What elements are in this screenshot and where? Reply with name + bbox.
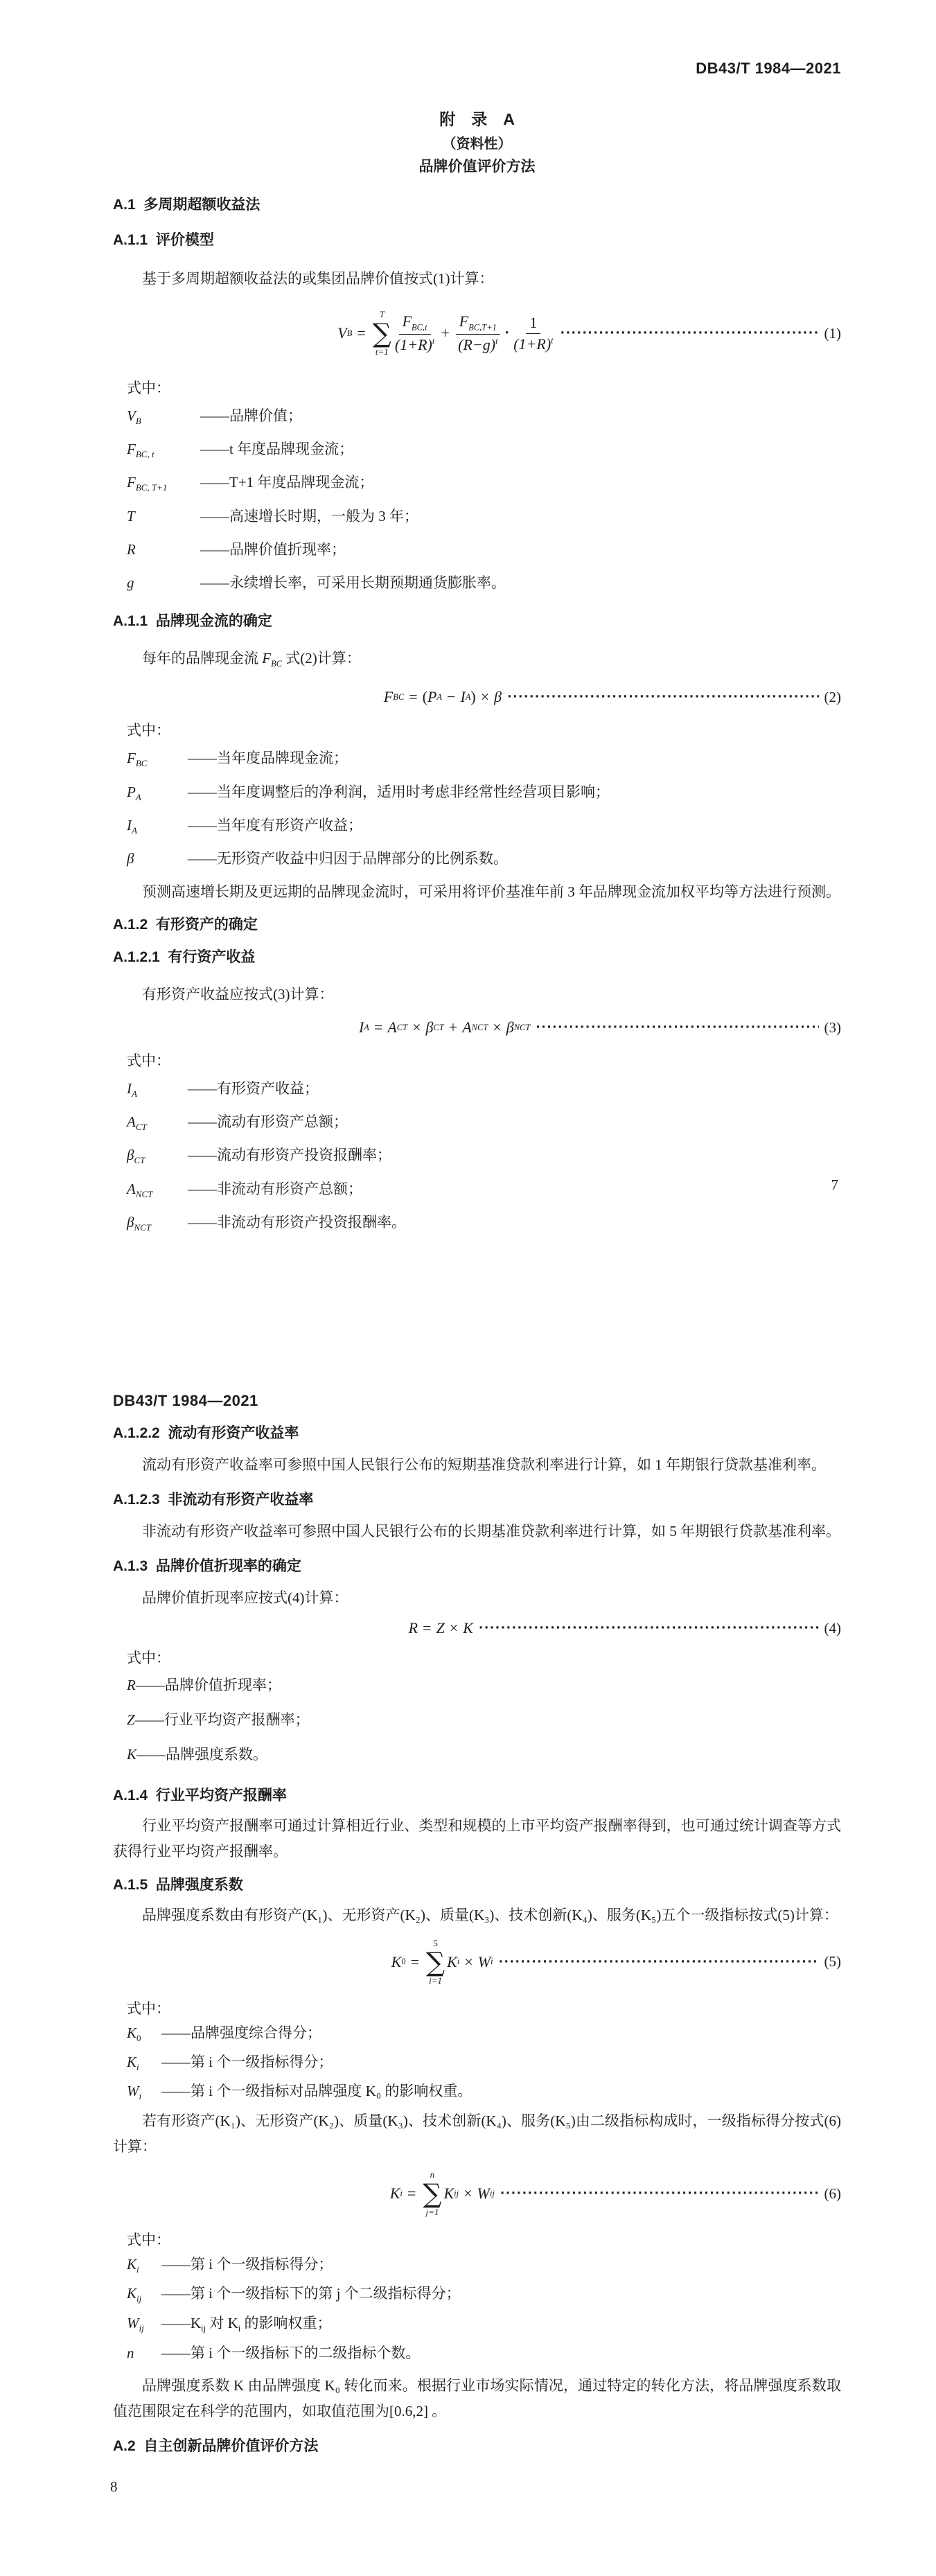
math-subscript: BC,t [412,323,427,333]
math-subscript: ij [490,2189,495,2199]
denominator: (1+R)t [395,335,434,355]
page-number: 7 [831,1176,839,1194]
equals-sign: = [409,688,417,706]
dot-leader: ········································… [507,690,818,704]
math-subscript: 0 [401,1957,405,1967]
math-symbol: K0 [127,2021,161,2050]
definition-list-6: Ki——第 i 个一级指标得分； Kij——第 i 个一级指标下的第 j 个二级… [113,2252,841,2370]
math-subscript: CT [134,1156,145,1166]
math-symbol: PA [127,778,188,811]
math-token: β [127,850,134,867]
math-subscript: NCT [472,1023,488,1033]
math-token: A [462,1018,471,1036]
math-token: R [127,1677,136,1693]
math-symbol: ANCT [127,1175,188,1208]
math-symbol: Wij [127,2311,161,2340]
definition-text: ——流动有形资产投资报酬率； [188,1141,391,1169]
heading-a12: A.1.2 有形资产的确定 [113,915,841,934]
heading-a2: A.2 自主创新品牌价值评价方法 [113,2437,841,2455]
math-token: F [403,312,412,330]
math-symbol: K [127,1740,136,1774]
heading-a1: A.1 多周期超额收益法 [113,195,841,214]
math-superscript: t [551,335,553,345]
para-fbc-intro: 每年的品牌现金流 FBC 式(2)计算： [113,644,841,678]
math-symbol: n [127,2341,161,2370]
definition-row: PA——当年度调整后的净利润，适用时考虑非经常性经营项目影响； [113,778,841,811]
definition-text: ——有形资产收益； [188,1075,319,1102]
numerator: 1 [526,313,540,334]
minus-sign: − [447,688,455,706]
sum-lower-limit: j=1 [425,2207,439,2217]
math-symbol: VB [127,402,200,435]
times-sign: × [481,688,489,706]
plus-sign: + [441,324,449,342]
math-token: F [384,688,393,706]
numerator: FBC,T+1 [456,312,500,335]
math-subscript: i [136,2264,139,2275]
math-token: F [262,650,271,667]
para-k-conversion: 品牌强度系数 K 由品牌强度 K₀ 转化而来。根据行业市场实际情况，通过特定的转… [113,2373,841,2424]
appendix-subtitle: 品牌价值评价方法 [113,158,841,176]
para-a13-intro: 品牌价值折现率应按式(4)计算： [113,1585,841,1611]
summation-symbol: n∑j=1 [423,2170,441,2217]
where-label: 式中： [113,1646,841,1670]
equals-sign: = [407,2185,416,2203]
math-symbol: Ki [127,2050,161,2079]
math-token: R [409,1619,418,1637]
definition-row: n——第 i 个一级指标下的二级指标个数。 [113,2341,841,2370]
equation-number-5: (5) [824,1953,842,1970]
math-token: n [127,2345,134,2361]
math-token: (1+R) [395,336,432,353]
doc-code-header: DB43/T 1984—2021 [113,1392,841,1410]
definition-list-2: FBC——当年度品牌现金流； PA——当年度调整后的净利润，适用时考虑非经常性经… [113,744,841,878]
math-token: Z [436,1619,445,1637]
math-symbol: Ki [127,2252,161,2282]
math-token: K [127,2285,136,2302]
definition-text: ——无形资产收益中归因于品牌部分的比例系数。 [188,845,508,872]
math-subscript: BC, T+1 [136,483,168,493]
definition-row-wij: Wij——Kij 对 Ki 的影响权重； [113,2311,841,2341]
math-symbol: g [127,569,200,602]
equation-4: R=Z×K [409,1619,473,1637]
math-token: K [447,1953,457,1971]
math-symbol: βNCT [127,1208,188,1242]
math-token: K [443,2185,454,2203]
definition-text: ——品牌价值折现率； [136,1670,281,1700]
math-token: A [127,1181,136,1197]
math-token: A [387,1018,396,1036]
text-run: —— [161,2315,191,2331]
math-superscript: t [432,337,434,346]
math-symbol: βCT [127,1141,188,1174]
math-subscript: CT [433,1023,443,1033]
where-label: 式中： [113,1047,841,1075]
definition-text: ——非流动有形资产总额； [188,1175,362,1203]
equation-1: VB=T∑t=1FBC,t(1+R)t+FBC,T+1(R−g)t•1(1+R)… [337,310,554,357]
definition-row: Ki——第 i 个一级指标得分； [113,2252,841,2282]
paren-open: ( [423,688,427,706]
math-token: I [460,688,465,706]
math-token: K [228,2315,238,2331]
equals-sign: = [374,1018,382,1036]
math-subscript: B [347,328,353,339]
definition-text: ——高速增长时期，一般为 3 年； [200,502,418,530]
para-a122: 流动有形资产收益率可参照中国人民银行公布的短期基准贷款利率进行计算，如 1 年期… [113,1452,841,1478]
math-symbol: IA [127,811,188,845]
math-subscript: CT [397,1023,407,1033]
document-canvas: DB43/T 1984—2021 附 录 A （资料性） 品牌价值评价方法 A.… [0,0,936,2576]
math-token: A [127,1113,136,1130]
math-subscript: A [364,1023,369,1033]
definition-row: Wi——第 i 个一级指标对品牌强度 K₀ 的影响权重。 [113,2079,841,2108]
equation-3: IA=ACT×βCT+ANCT×βNCT [359,1018,530,1036]
math-subscript: A [136,792,141,802]
definition-list-1: VB——品牌价值； FBC, t——t 年度品牌现金流； FBC, T+1——T… [113,402,841,602]
definition-row: IA——当年度有形资产收益； [113,811,841,845]
multiplication-dot: • [505,328,509,339]
definition-row: βNCT——非流动有形资产投资报酬率。 [113,1208,841,1242]
definition-row: Kij——第 i 个一级指标下的第 j 个二级指标得分； [113,2282,841,2311]
math-subscript: ij [454,2189,459,2199]
math-token: K [463,1619,473,1637]
page-7: DB43/T 1984—2021 附 录 A （资料性） 品牌价值评价方法 A.… [0,0,936,1288]
text-run: 对 [206,2315,228,2331]
math-subscript: CT [136,1122,147,1132]
plus-sign: + [449,1018,457,1036]
math-symbol: ACT [127,1108,188,1141]
math-token: 1 [529,314,537,331]
text-run: 每年的品牌现金流 [142,650,262,667]
summation-symbol: T∑t=1 [373,310,391,357]
equation-6: Ki=n∑j=1Kij×Wij [390,2170,495,2217]
math-subscript: BC, t [136,449,154,459]
math-subscript: BC [136,759,148,769]
math-superscript: t [495,337,497,346]
definition-row: FBC——当年度品牌现金流； [113,744,841,777]
math-token: (R−g) [458,336,495,353]
definition-row: ACT——流动有形资产总额； [113,1108,841,1141]
formula-2: FBC=(PA−IA)×β ··························… [113,680,841,714]
definition-text: ——品牌价值； [200,402,302,430]
math-token: K [127,2256,136,2273]
equation-number-3: (3) [824,1019,842,1036]
times-sign: × [493,1018,501,1036]
math-token: F [459,312,468,330]
math-subscript: 0 [136,2033,141,2043]
math-token: K [391,1953,402,1971]
definition-list-3: IA——有形资产收益； ACT——流动有形资产总额； βCT——流动有形资产投资… [113,1075,841,1242]
math-subscript: NCT [134,1222,151,1233]
numerator: FBC,t [399,312,431,335]
dot-leader: ········································… [560,326,819,340]
math-subscript: NCT [514,1023,531,1033]
math-subscript: NCT [136,1189,153,1199]
math-token: (1+R) [513,335,551,353]
math-symbol: IA [127,1075,188,1108]
math-token: K [127,2024,136,2041]
math-token: I [127,817,132,833]
math-token: β [127,1214,134,1230]
appendix-informative-note: （资料性） [113,136,841,152]
definition-row: K0——品牌强度综合得分； [113,2021,841,2050]
para-tangible-intro: 有形资产收益应按式(3)计算： [113,980,841,1008]
fraction-1: FBC,t(1+R)t [395,312,434,355]
definition-row: ANCT——非流动有形资产总额； [113,1175,841,1208]
text-run: 的影响权重； [240,2315,331,2331]
formula-1: VB=T∑t=1FBC,t(1+R)t+FBC,T+1(R−g)t•1(1+R)… [113,298,841,369]
definition-text: ——Kij 对 Ki 的影响权重； [161,2311,332,2341]
math-token: K [127,2054,136,2070]
equation-number-6: (6) [824,2185,842,2203]
math-token: W [478,1953,491,1971]
heading-a121: A.1.2.1 有行资产收益 [113,948,841,967]
times-sign: × [464,1953,473,1971]
where-label: 式中： [113,1996,841,2021]
math-token: K [390,2185,400,2203]
definition-text: ——第 i 个一级指标下的第 j 个二级指标得分； [161,2282,461,2306]
math-symbol: Wi [127,2079,161,2108]
math-token: Z [127,1711,135,1728]
heading-a122: A.1.2.2 流动有形资产收益率 [113,1424,841,1443]
sum-lower-limit: i=1 [429,1976,442,1986]
definition-list-5: K0——品牌强度综合得分； Ki——第 i 个一级指标得分； Wi——第 i 个… [113,2021,841,2109]
para-a15-intro: 品牌强度系数由有形资产(K₁)、无形资产(K₂)、质量(K₃)、技术创新(K₄)… [113,1903,841,1928]
page-8: DB43/T 1984—2021 A.1.2.2 流动有形资产收益率 流动有形资… [0,1288,936,2576]
math-subscript: i [491,1957,493,1967]
math-token: T [127,508,135,524]
para-a15-secondary: 若有形资产(K₁)、无形资产(K₂)、质量(K₃)、技术创新(K₄)、服务(K₅… [113,2108,841,2160]
math-token: I [127,1080,132,1097]
sigma-icon: ∑ [373,319,391,347]
definition-text: ——T+1 年度品牌现金流； [200,468,373,496]
math-symbol: FBC, t [127,435,200,468]
definition-text: ——第 i 个一级指标下的二级指标个数。 [161,2341,420,2365]
math-token: β [127,1147,134,1163]
dot-leader: ········································… [536,1021,818,1034]
math-subscript: i [139,2091,142,2101]
math-subscript: A [132,1088,137,1099]
math-symbol: Z [127,1705,135,1740]
paren-close: ) [470,688,475,706]
page-number: 8 [110,2478,118,2496]
definition-row: βCT——流动有形资产投资报酬率； [113,1141,841,1174]
math-token: V [127,407,136,424]
math-subscript: ij [136,2294,141,2304]
math-symbol: FBC [127,744,188,777]
math-token: g [127,574,134,591]
heading-a13: A.1.3 品牌价值折现率的确定 [113,1557,841,1576]
para-a14: 行业平均资产报酬率可通过计算相近行业、类型和规模的上市平均资产报酬率得到，也可通… [113,1813,841,1864]
math-token: F [127,474,136,491]
formula-3: IA=ACT×βCT+ANCT×βNCT ···················… [113,1011,841,1044]
definition-text: ——非流动有形资产投资报酬率。 [188,1208,406,1236]
math-token: W [477,2185,490,2203]
sigma-icon: ∑ [426,1948,445,1976]
definition-text: ——第 i 个一级指标得分； [161,2252,333,2277]
equals-sign: = [357,324,365,342]
dot-leader: ········································… [499,1955,819,1969]
definition-text: ——第 i 个一级指标对品牌强度 K₀ 的影响权重。 [161,2079,472,2103]
math-subscript: i [400,2189,402,2199]
math-symbol: FBC, T+1 [127,468,200,502]
definition-row: Z——行业平均资产报酬率； [113,1705,841,1740]
math-symbol: β [127,845,188,878]
where-label: 式中： [113,716,841,744]
math-symbol: Kij [127,2282,161,2311]
math-subscript: i [136,2062,139,2072]
math-subscript: ij [139,2323,144,2334]
definition-row: T——高速增长时期，一般为 3 年； [113,502,841,536]
math-subscript: BC,T+1 [468,323,497,333]
math-token: V [337,324,346,342]
math-subscript: A [466,692,471,703]
definition-text: ——永续增长率，可采用长期预期通货膨胀率。 [200,569,506,597]
dot-leader: ········································… [500,2187,819,2200]
definition-row: IA——有形资产收益； [113,1075,841,1108]
equation-5: K0=5∑i=1Ki×Wi [391,1939,493,1986]
text-run: 式(2)计算： [282,650,361,667]
math-token: F [127,750,136,766]
para-a123: 非流动有形资产收益率可参照中国人民银行公布的长期基准贷款利率进行计算，如 5 年… [113,1519,841,1544]
math-subscript: A [436,692,442,703]
math-subscript: BC [271,659,282,669]
definition-text: ——当年度品牌现金流； [188,744,348,772]
doc-code-header: DB43/T 1984—2021 [113,60,841,78]
equation-number-1: (1) [824,325,842,342]
math-token: W [127,2315,139,2331]
definition-row: β——无形资产收益中归因于品牌部分的比例系数。 [113,845,841,878]
math-subscript: B [136,416,141,426]
definition-row: R——品牌价值折现率； [113,1670,841,1705]
times-sign: × [463,2185,472,2203]
math-token: W [127,2083,139,2099]
math-subscript: BC [393,692,404,703]
where-label: 式中： [113,374,841,402]
math-subscript: A [132,825,137,836]
fraction-2: FBC,T+1(R−g)t [456,312,500,355]
sum-lower-limit: t=1 [376,347,389,357]
definition-row: g——永续增长率，可采用长期预期通货膨胀率。 [113,569,841,602]
para-forecast: 预测高速增长期及更远期的品牌现金流时，可采用将评价基准年前 3 年品牌现金流加权… [113,878,841,906]
math-symbol: R [127,536,200,569]
definition-row: Ki——第 i 个一级指标得分； [113,2050,841,2079]
appendix-title: 附 录 A [113,109,841,129]
definition-text: ——当年度有形资产收益； [188,811,362,839]
formula-5: K0=5∑i=1Ki×Wi ··························… [113,1930,841,1994]
dot-leader: ········································… [479,1621,819,1635]
math-subscript: i [457,1957,459,1967]
equation-number-2: (2) [824,689,842,706]
math-token: P [427,688,436,706]
definition-row: VB——品牌价值； [113,402,841,435]
definition-text: ——当年度调整后的净利润，适用时考虑非经常性经营项目影响； [188,778,610,806]
equation-number-4: (4) [824,1620,842,1637]
heading-a14: A.1.4 行业平均资产报酬率 [113,1786,841,1805]
definition-list-4: R——品牌价值折现率； Z——行业平均资产报酬率； K——品牌强度系数。 [113,1670,841,1775]
definition-text: ——t 年度品牌现金流； [200,435,353,463]
equals-sign: = [423,1619,431,1637]
definition-text: ——品牌价值折现率； [200,536,346,563]
math-token: F [127,441,136,457]
definition-text: ——行业平均资产报酬率； [135,1705,310,1735]
formula-6: Ki=n∑j=1Kij×Wij ························… [113,2162,841,2225]
fraction-3: 1(1+R)t [513,313,553,353]
math-symbol: T [127,502,200,536]
para-model-intro: 基于多周期超额收益法的或集团品牌价值按式(1)计算： [113,265,841,292]
formula-4: R=Z×K ··································… [113,1613,841,1643]
heading-a11: A.1.1 评价模型 [113,231,841,249]
definition-row: FBC, t——t 年度品牌现金流； [113,435,841,468]
math-token: β [426,1018,434,1036]
math-token: R [127,541,136,558]
definition-row: K——品牌强度系数。 [113,1740,841,1774]
equals-sign: = [411,1953,419,1971]
where-label: 式中： [113,2227,841,2252]
denominator: (R−g)t [458,335,497,355]
definition-row: R——品牌价值折现率； [113,536,841,569]
math-token: β [506,1018,514,1036]
definition-row: FBC, T+1——T+1 年度品牌现金流； [113,468,841,502]
definition-text: ——品牌强度综合得分； [161,2021,321,2045]
definition-text: ——第 i 个一级指标得分； [161,2050,333,2074]
heading-a11-cashflow: A.1.1 品牌现金流的确定 [113,612,841,630]
math-token: P [127,784,136,800]
heading-a123: A.1.2.3 非流动有形资产收益率 [113,1490,841,1509]
math-token: K [191,2315,201,2331]
definition-text: ——流动有形资产总额； [188,1108,348,1136]
times-sign: × [412,1018,421,1036]
denominator: (1+R)t [513,334,553,354]
definition-text: ——品牌强度系数。 [136,1740,267,1770]
math-token: β [494,688,502,706]
math-symbol: R [127,1670,136,1705]
sigma-icon: ∑ [423,2180,441,2207]
math-token: K [127,1746,136,1763]
summation-symbol: 5∑i=1 [426,1939,445,1986]
equation-2: FBC=(PA−IA)×β [384,688,502,706]
times-sign: × [450,1619,458,1637]
heading-a15: A.1.5 品牌强度系数 [113,1876,841,1894]
